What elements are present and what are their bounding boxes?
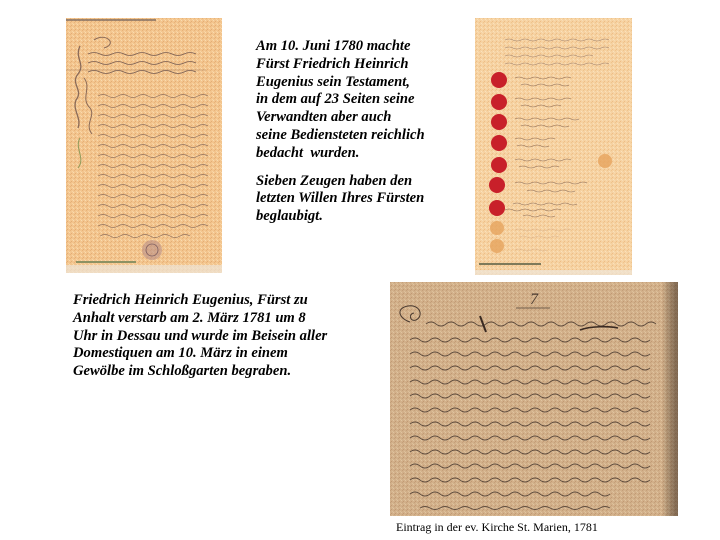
testament-seals-image	[475, 18, 632, 275]
slide: Am 10. Juni 1780 machte Fürst Friedrich …	[0, 0, 720, 540]
testament-description: Am 10. Juni 1780 machte Fürst Friedrich …	[256, 38, 456, 226]
testament-paragraph-1: Am 10. Juni 1780 machte Fürst Friedrich …	[256, 38, 456, 163]
church-register-image: 7	[390, 282, 678, 516]
testament-paragraph-2: Sieben Zeugen haben den letzten Willen I…	[256, 173, 456, 226]
church-register-caption: Eintrag in der ev. Kirche St. Marien, 17…	[396, 520, 598, 535]
death-description: Friedrich Heinrich Eugenius, Fürst zu An…	[73, 292, 373, 381]
svg-text:7: 7	[530, 291, 539, 308]
testament-cover-image	[66, 18, 222, 273]
